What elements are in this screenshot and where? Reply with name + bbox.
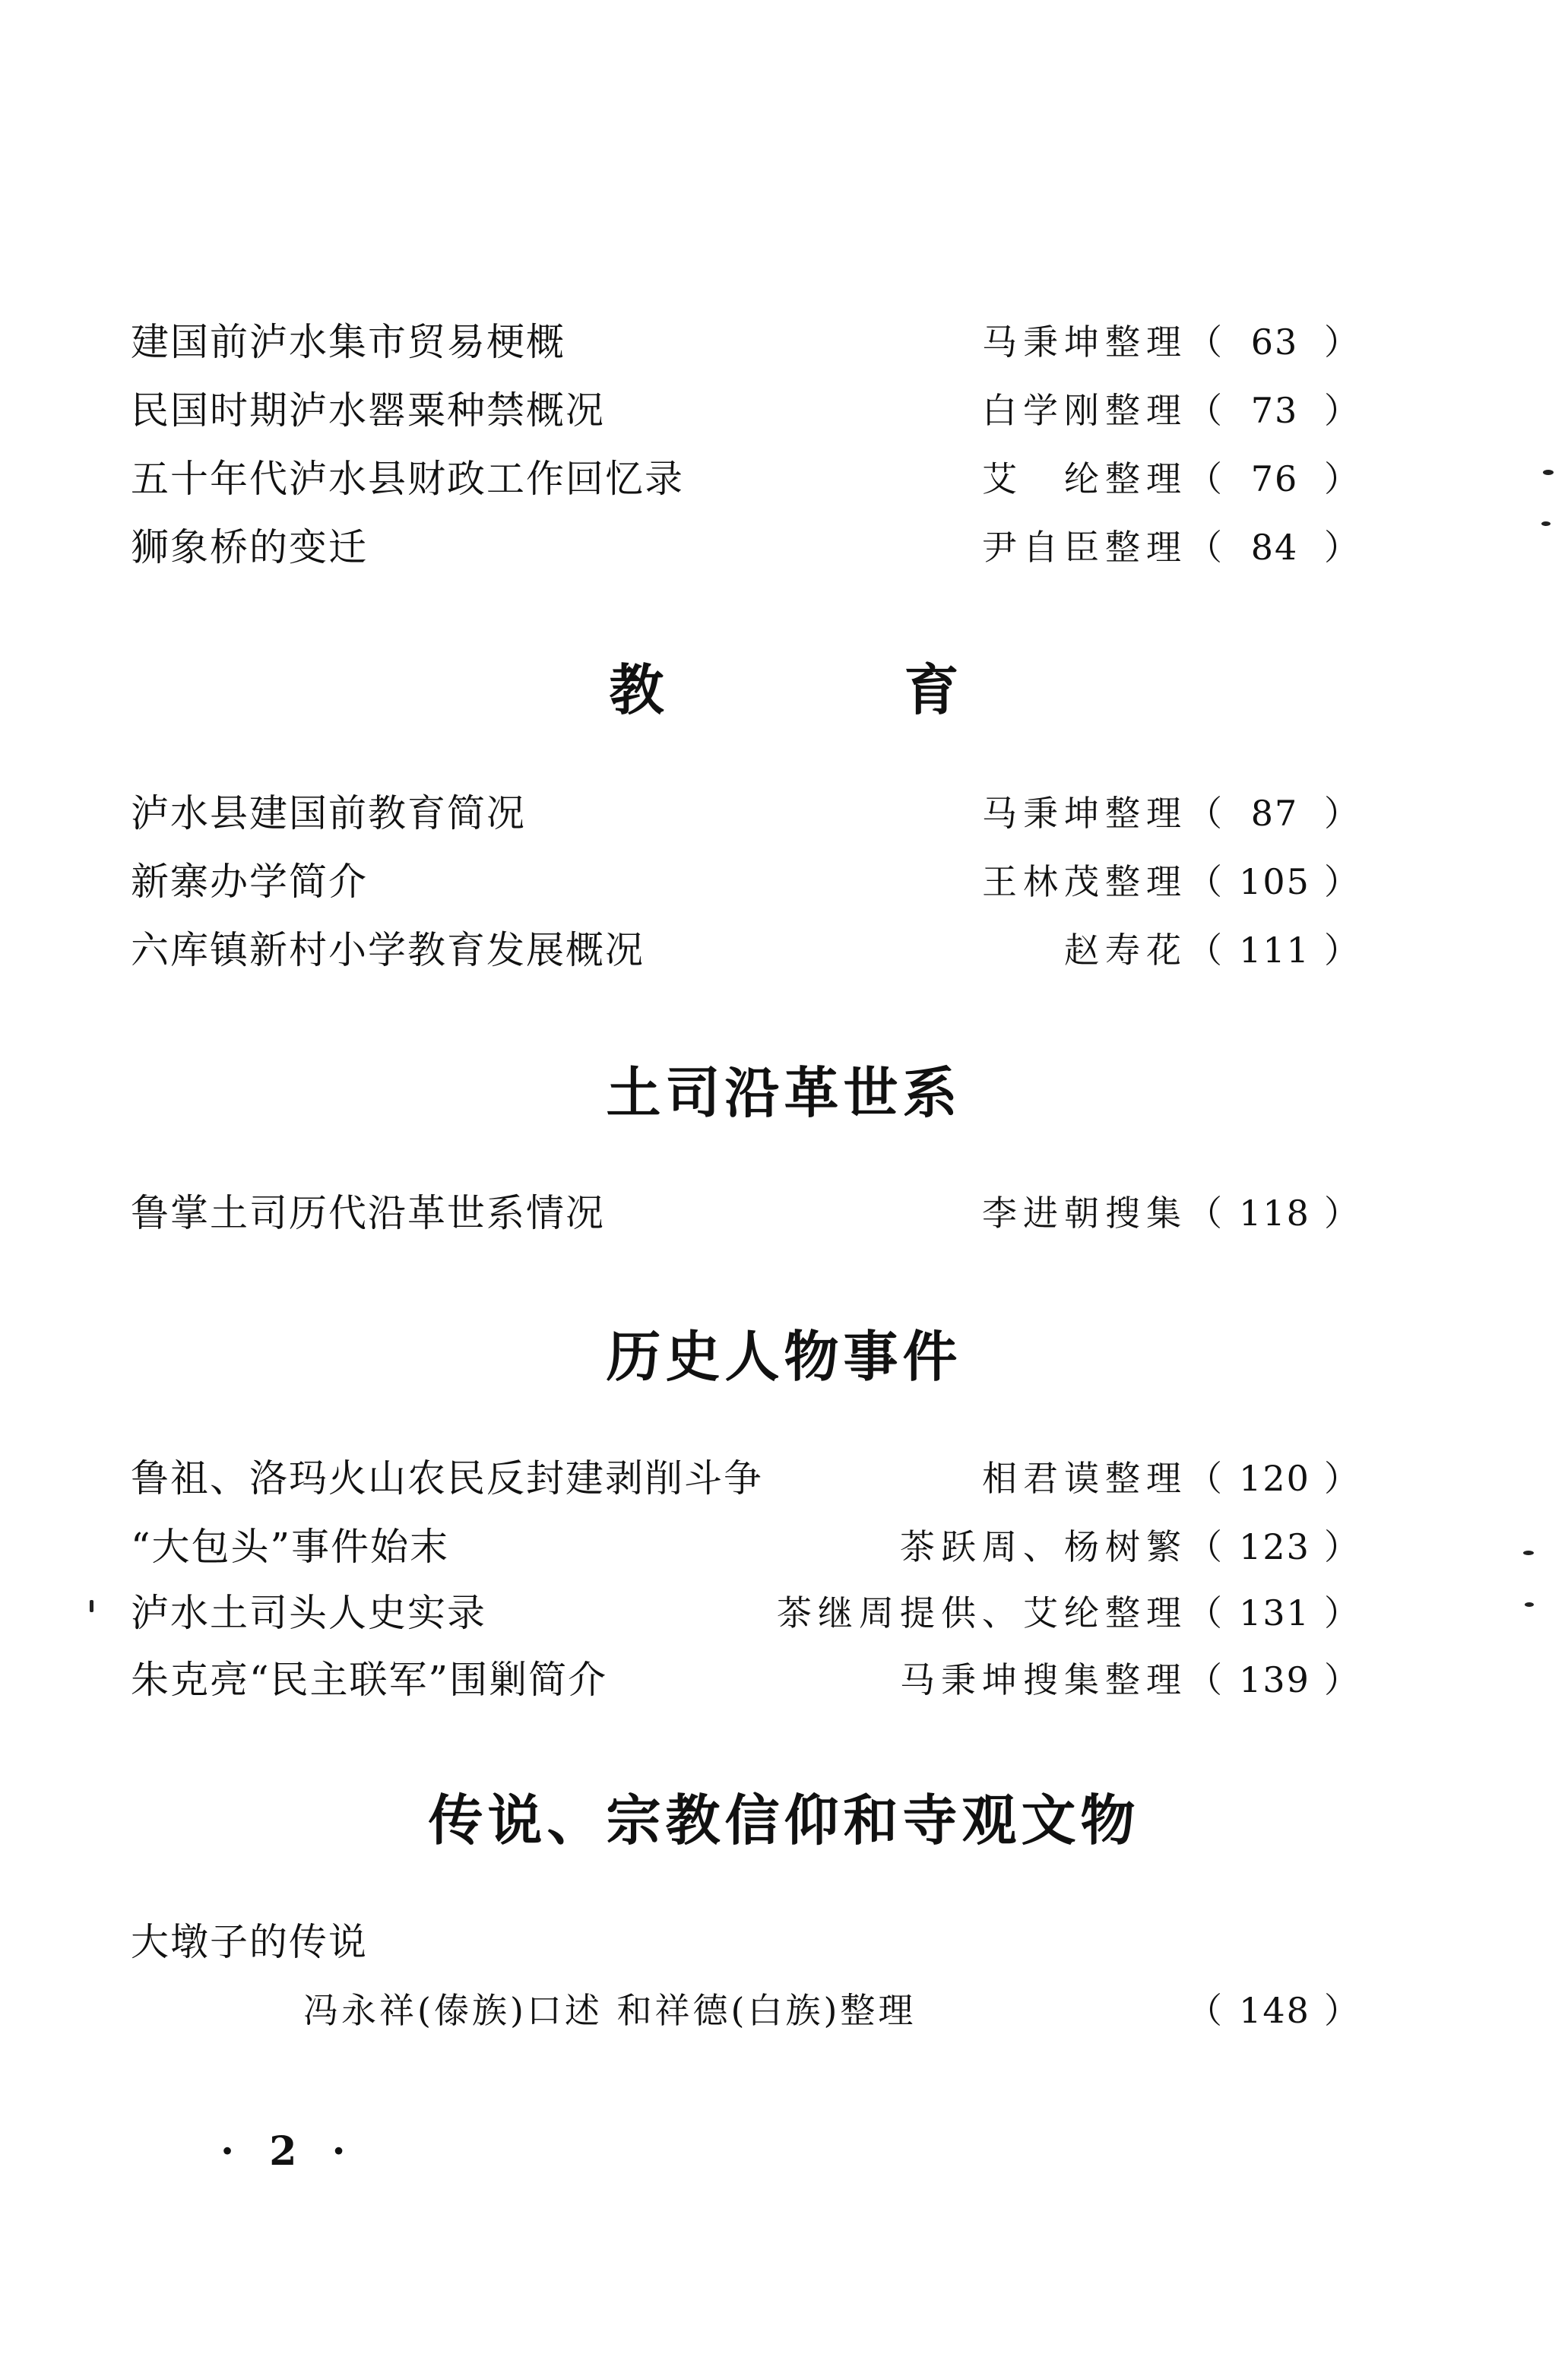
entry-page-ref: （118） [1187, 1190, 1362, 1236]
entry-author: 白学刚整理 [982, 388, 1187, 433]
entry-page-ref: （123） [1187, 1524, 1362, 1570]
entry-page-ref: （111） [1187, 927, 1362, 973]
entry-page-ref: （131） [1187, 1590, 1362, 1636]
section-heading-education: 教育 [0, 660, 1568, 721]
entry-page-ref: （105） [1187, 859, 1362, 905]
toc-entry[interactable]: 六库镇新村小学教育发展概况 赵寿花 （111） [131, 927, 1362, 973]
entry-page-number: 131 [1225, 1590, 1324, 1636]
dot-leader [607, 388, 980, 433]
toc-entry[interactable]: 鲁掌土司历代沿革世系情况 李进朝搜集 （118） [131, 1190, 1362, 1236]
entry-title: 新寨办学简介 [131, 859, 368, 905]
entry-title[interactable]: 大墩子的传说 [131, 1919, 368, 1965]
entry-page-number: 73 [1225, 388, 1324, 433]
section-heading-history: 历史人物事件 [0, 1326, 1568, 1387]
entry-page-ref: （148） [1187, 1988, 1362, 2033]
scan-speck [1523, 1551, 1534, 1555]
entry-page-number: 148 [1225, 1988, 1324, 2033]
dot-leader [188, 1988, 302, 2033]
entry-title: 鲁祖、洛玛火山农民反封建剥削斗争 [131, 1456, 763, 1501]
toc-entry[interactable]: 五十年代泸水县财政工作回忆录 艾 纶整理 （76） [131, 456, 1362, 502]
toc-entry[interactable]: 鲁祖、洛玛火山农民反封建剥削斗争 相君谟整理 （120） [131, 1456, 1362, 1501]
dot-leader [369, 524, 980, 570]
entry-page-ref: （84） [1187, 524, 1362, 570]
entry-author: 马秉坤整理 [982, 319, 1187, 365]
entry-page-ref: （63） [1187, 319, 1362, 365]
section-heading-legends-religion: 传说、宗教信仰和寺观文物 [0, 1790, 1568, 1851]
scan-speck [1543, 470, 1554, 475]
dot-leader [527, 791, 980, 836]
dot-leader [451, 1524, 898, 1570]
section-heading-tusi: 土司沿革世系 [0, 1063, 1568, 1123]
entry-title: 六库镇新村小学教育发展概况 [131, 927, 645, 973]
entry-author: 冯永祥(傣族)口述 和祥德(白族)整理 [303, 1988, 1187, 2033]
entry-title: “大包头”事件始末 [131, 1524, 449, 1570]
toc-entry[interactable]: 建国前泸水集市贸易梗概 马秉坤整理 （63） [131, 319, 1362, 365]
entry-title: 民国时期泸水罂粟种禁概况 [131, 388, 605, 433]
entry-author: 赵寿花 [1064, 927, 1187, 973]
entry-author: 艾 纶整理 [982, 456, 1187, 502]
scan-speck [1541, 521, 1551, 526]
entry-page-number: 120 [1225, 1456, 1324, 1501]
scan-speck [90, 1600, 93, 1612]
entry-author: 李进朝搜集 [982, 1190, 1187, 1236]
entry-author: 相君谟整理 [982, 1456, 1187, 1501]
entry-page-ref: （139） [1187, 1657, 1362, 1703]
dot-leader [607, 1190, 980, 1236]
entry-author: 茶跃周、杨树繁 [900, 1524, 1187, 1570]
dot-leader [488, 1590, 775, 1636]
page-number: · 2 · [220, 2128, 356, 2175]
entry-page-ref: （87） [1187, 791, 1362, 836]
entry-title: 建国前泸水集市贸易梗概 [131, 319, 565, 365]
toc-entry[interactable]: 民国时期泸水罂粟种禁概况 白学刚整理 （73） [131, 388, 1362, 433]
dot-leader [369, 859, 980, 905]
entry-title: 泸水县建国前教育简况 [131, 791, 526, 836]
entry-title: 朱克亮“民主联军”围剿简介 [131, 1657, 607, 1703]
entry-page-number: 76 [1225, 456, 1324, 502]
toc-entry[interactable]: 泸水土司头人史实录 茶继周提供、艾纶整理 （131） [131, 1590, 1362, 1636]
entry-page-number: 84 [1225, 524, 1324, 570]
toc-entry[interactable]: “大包头”事件始末 茶跃周、杨树繁 （123） [131, 1524, 1362, 1570]
entry-page-number: 139 [1225, 1657, 1324, 1703]
toc-entry-continuation[interactable]: 冯永祥(傣族)口述 和祥德(白族)整理 （148） [186, 1988, 1362, 2033]
entry-author: 尹自臣整理 [982, 524, 1187, 570]
entry-page-ref: （120） [1187, 1456, 1362, 1501]
entry-page-number: 63 [1225, 319, 1324, 365]
entry-page-number: 118 [1225, 1190, 1324, 1236]
dot-leader [765, 1456, 980, 1501]
entry-page-number: 111 [1225, 927, 1324, 973]
toc-page: 建国前泸水集市贸易梗概 马秉坤整理 （63） 民国时期泸水罂粟种禁概况 白学刚整… [0, 0, 1568, 2370]
dot-leader [609, 1657, 898, 1703]
entry-title: 五十年代泸水县财政工作回忆录 [131, 456, 684, 502]
entry-title: 狮象桥的变迁 [131, 524, 368, 570]
entry-page-number: 123 [1225, 1524, 1324, 1570]
entry-title: 泸水土司头人史实录 [131, 1590, 486, 1636]
entry-title: 鲁掌土司历代沿革世系情况 [131, 1190, 605, 1236]
entry-page-number: 105 [1225, 859, 1324, 905]
entry-author: 马秉坤搜集整理 [900, 1657, 1187, 1703]
toc-entry[interactable]: 新寨办学简介 王林茂整理 （105） [131, 859, 1362, 905]
toc-entry[interactable]: 狮象桥的变迁 尹自臣整理 （84） [131, 524, 1362, 570]
toc-entry[interactable]: 朱克亮“民主联军”围剿简介 马秉坤搜集整理 （139） [131, 1657, 1362, 1703]
entry-page-ref: （76） [1187, 456, 1362, 502]
toc-entry[interactable]: 泸水县建国前教育简况 马秉坤整理 （87） [131, 791, 1362, 836]
dot-leader [646, 927, 1063, 973]
entry-author: 茶继周提供、艾纶整理 [777, 1590, 1187, 1636]
dot-leader [686, 456, 980, 502]
entry-page-ref: （73） [1187, 388, 1362, 433]
entry-page-number: 87 [1225, 791, 1324, 836]
dot-leader [567, 319, 980, 365]
entry-author: 王林茂整理 [982, 859, 1187, 905]
scan-speck [1525, 1602, 1534, 1607]
entry-author: 马秉坤整理 [982, 791, 1187, 836]
